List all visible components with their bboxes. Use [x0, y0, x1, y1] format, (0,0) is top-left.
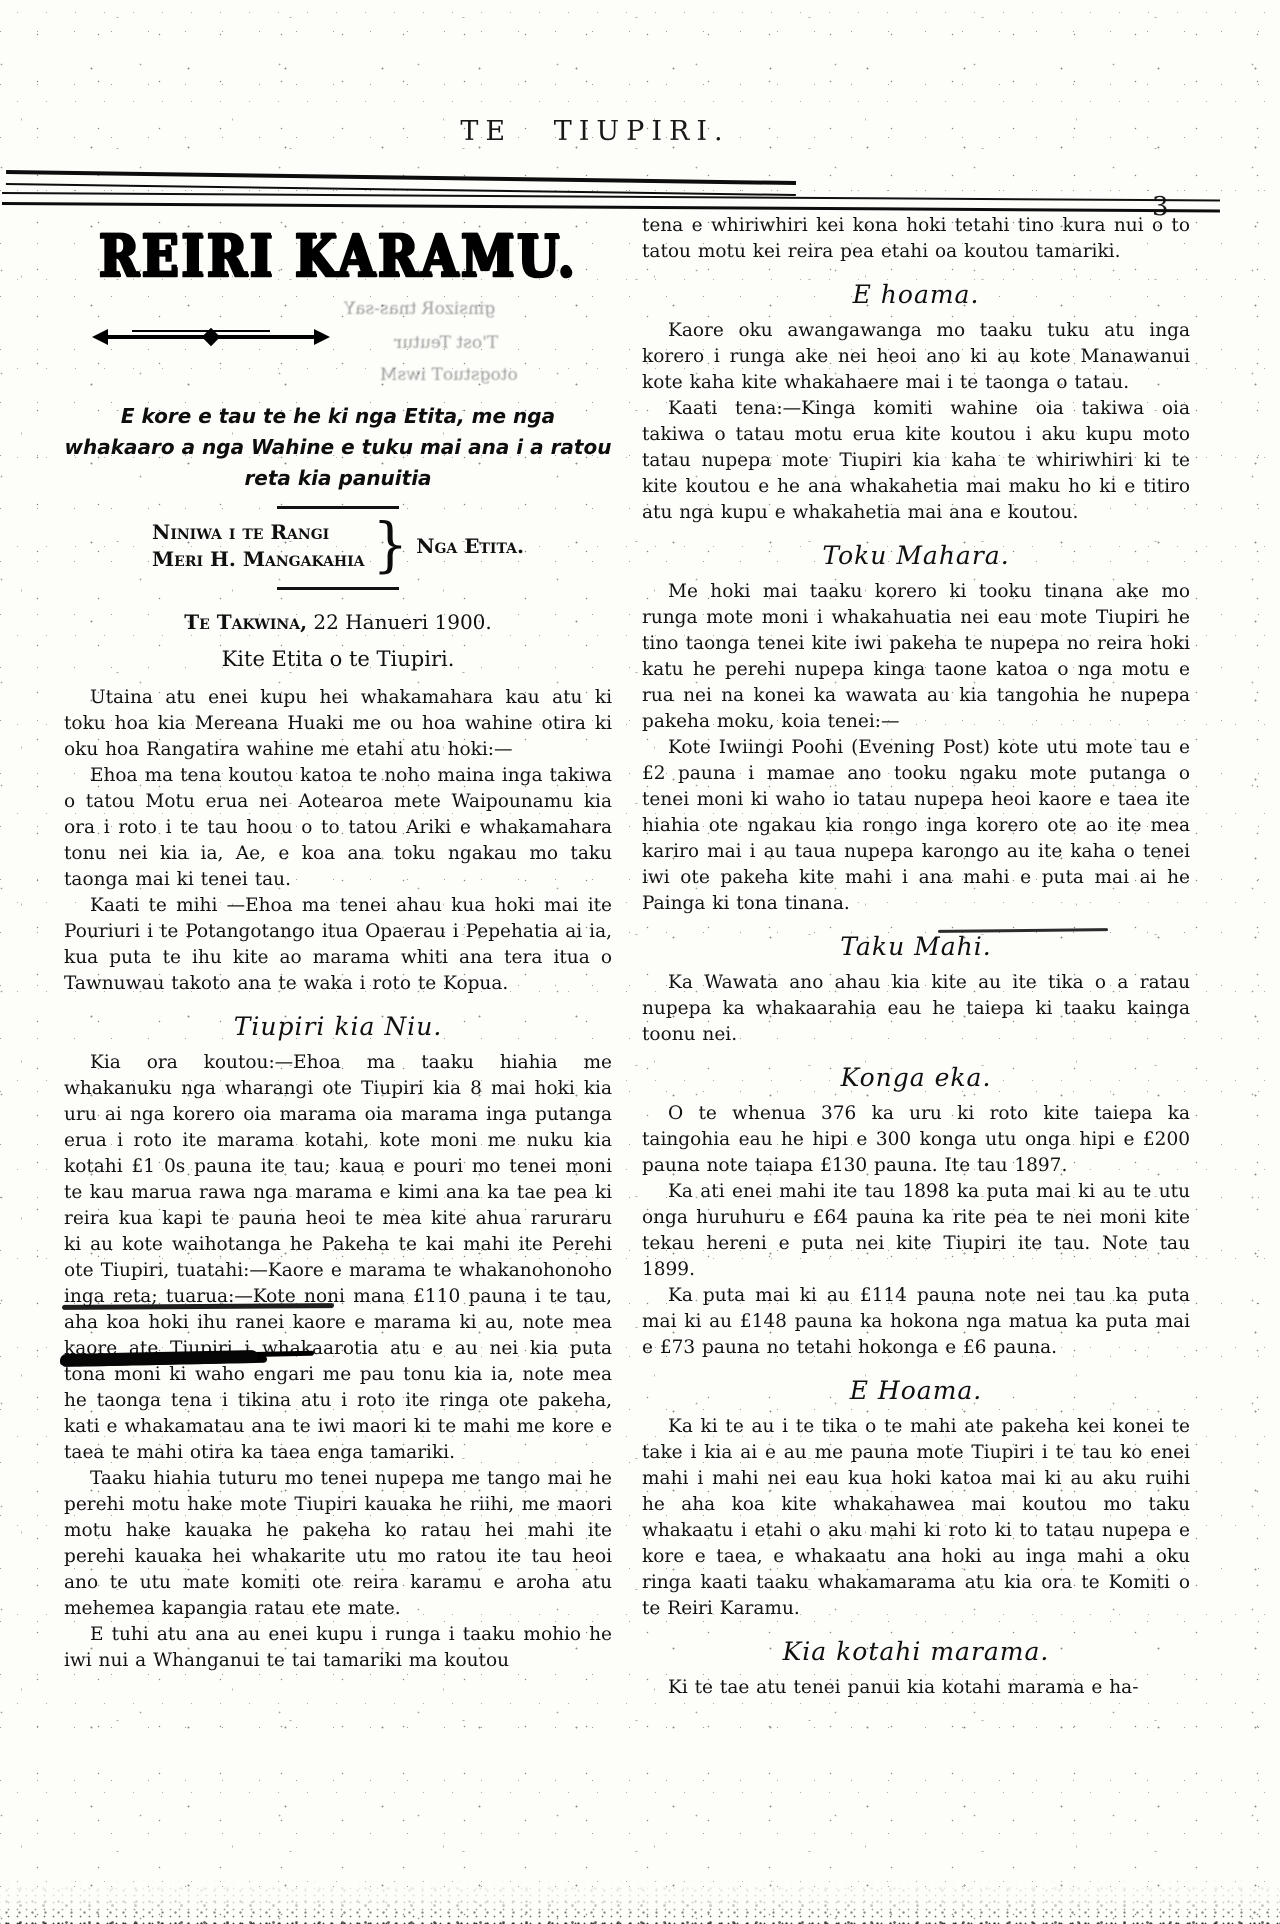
- divider-rule: [277, 506, 399, 509]
- newspaper-page: TE TIUPIRI. 3 REIRI KARAMU. ginsizoR tna…: [0, 0, 1280, 1924]
- article-paragraph: Kaati tena:—Kinga komiti wahine oia taki…: [642, 396, 1190, 526]
- article-paragraph: E tuhi atu ana au enei kupu i runga i ta…: [64, 1622, 612, 1674]
- editors-block: Niniwa i te Rangi Meri H. Mangakahia } N…: [64, 517, 612, 575]
- show-through-text: T'ost Teutur: [394, 333, 498, 353]
- article-paragraph: Ka Wawata ano ahau kia kite au ite tika …: [642, 970, 1190, 1048]
- article-paragraph: Kaore oku awangawanga mo taaku tuku atu …: [642, 318, 1190, 396]
- salutation: Kite Etita o te Tiupiri.: [64, 647, 612, 671]
- article-paragraph: Kote Iwiingi Poohi (Evening Post) kote u…: [642, 735, 1190, 917]
- article-paragraph: Ka ki te au i te tika o te mahi ate pake…: [642, 1414, 1190, 1622]
- left-column: REIRI KARAMU. ginsizoR tnas-saY T'ost Te…: [64, 205, 612, 1674]
- article-paragraph: Utaina atu enei kupu hei whakamahara kau…: [64, 685, 612, 763]
- article-paragraph: Taaku hiahia tuturu mo tenei nupepa me t…: [64, 1466, 612, 1622]
- section-heading: Toku Mahara.: [642, 541, 1190, 570]
- article-paragraph: Ka ati enei mahi ite tau 1898 ka puta ma…: [642, 1179, 1190, 1283]
- section-heading: Kia kotahi marama.: [642, 1637, 1190, 1666]
- article-paragraph: O te whenua 376 ka uru ki roto kite taie…: [642, 1101, 1190, 1179]
- section-heading: Konga eka.: [642, 1063, 1190, 1092]
- divider-rule: [277, 587, 399, 590]
- scan-edge-noise: [0, 1878, 1280, 1924]
- article-paragraph: Ka puta mai ki au £114 pauna note nei ta…: [642, 1283, 1190, 1361]
- section-heading: E hoama.: [642, 280, 1190, 309]
- dateline: Te Takwina, 22 Hanueri 1900.: [64, 610, 612, 634]
- article-paragraph: Kia ora koutou:—Ehoa ma taaku hiahia me …: [64, 1050, 612, 1466]
- section-heading: E Hoama.: [642, 1376, 1190, 1405]
- masthead-ornament-zone: ginsizoR tnas-saY T'ost Teutur otogstuoT…: [64, 293, 612, 399]
- article-paragraph-continuation: tena e whiriwhiri kei kona hoki tetahi t…: [642, 213, 1190, 265]
- article-paragraph: Ehoa ma tena koutou katoa te noho maina …: [64, 763, 612, 893]
- dateline-date: 22 Hanueri 1900.: [313, 610, 491, 634]
- show-through-text: otogstuoT iwsM: [380, 365, 518, 385]
- dateline-place: Te Takwina,: [184, 610, 307, 634]
- masthead-motto: E kore e tau te he ki nga Etita, me nga …: [64, 401, 612, 494]
- section-heading: Tiupiri kia Niu.: [64, 1012, 612, 1041]
- article-paragraph: Me hoki mai taaku korero ki tooku tinana…: [642, 579, 1190, 735]
- section-heading: Taku Mahi.: [642, 932, 1190, 961]
- editors-role-label: Nga Etita.: [416, 534, 524, 558]
- editor-name: Niniwa i te Rangi: [152, 519, 365, 546]
- decorative-arrow-icon: [92, 329, 330, 345]
- editor-name: Meri H. Mangakahia: [152, 546, 365, 573]
- article-paragraph: Ki te tae atu tenei panui kia kotahi mar…: [642, 1675, 1190, 1701]
- show-through-text: ginsizoR tnas-saY: [344, 299, 495, 319]
- article-paragraph: Kaati te mihi —Ehoa ma tenei ahau kua ho…: [64, 893, 612, 997]
- brace-glyph: }: [373, 517, 409, 576]
- newspaper-title: TE TIUPIRI.: [0, 116, 1190, 147]
- right-column: tena e whiriwhiri kei kona hoki tetahi t…: [642, 213, 1190, 1701]
